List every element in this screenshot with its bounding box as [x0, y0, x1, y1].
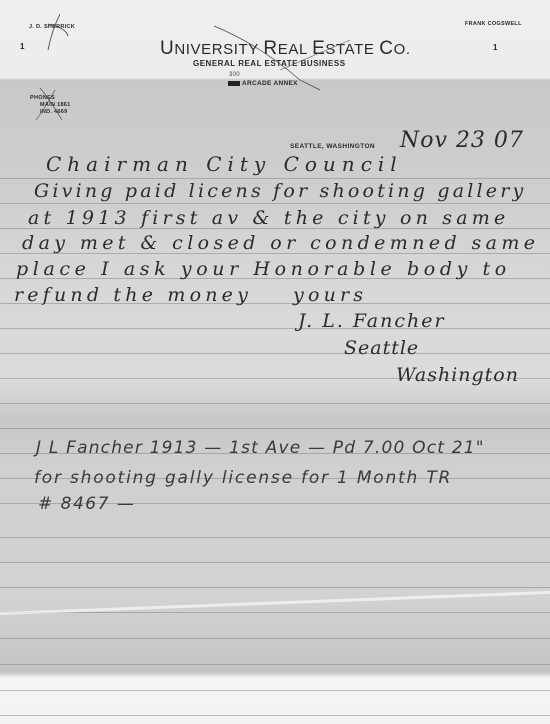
ruled-line	[0, 428, 550, 429]
notation-line: J L Fancher 1913 — 1st Ave — Pd 7.00 Oct…	[36, 438, 485, 458]
signature-city: Seattle	[344, 337, 419, 359]
body-line: at 1913 first av & the city on same	[28, 207, 509, 229]
signature-name: J. L. Fancher	[298, 310, 446, 332]
body-line: day met & closed or condemned same	[22, 232, 539, 254]
body-line: refund the money yours	[14, 284, 367, 306]
ruled-line	[0, 328, 550, 329]
body-line: Giving paid licens for shooting gallery	[34, 180, 526, 202]
ruled-line	[0, 587, 550, 588]
ruled-line	[0, 664, 550, 665]
notation-line: for shooting gally license for 1 Month T…	[34, 468, 452, 488]
ruled-line	[0, 638, 550, 639]
ruled-line	[0, 203, 550, 204]
ruled-line	[0, 537, 550, 538]
salutation: Chairman City Council	[46, 152, 403, 176]
pen-strike-marks	[0, 0, 550, 140]
signature-state: Washington	[396, 364, 519, 386]
ruled-line	[0, 715, 550, 716]
letterhead-city: SEATTLE, WASHINGTON	[290, 143, 375, 150]
notation-line: # 8467 —	[38, 494, 135, 514]
ruled-line	[0, 612, 550, 613]
letter-page: J. D. SHERRICK FRANK COGSWELL 1 1 UNIVER…	[0, 0, 550, 724]
ruled-line	[0, 690, 550, 691]
letter-date: Nov 23 07	[400, 128, 524, 153]
ruled-line	[0, 403, 550, 404]
body-line: place I ask your Honorable body to	[16, 258, 511, 280]
ruled-line	[0, 353, 550, 354]
ruled-line	[0, 562, 550, 563]
ruled-line	[0, 178, 550, 179]
